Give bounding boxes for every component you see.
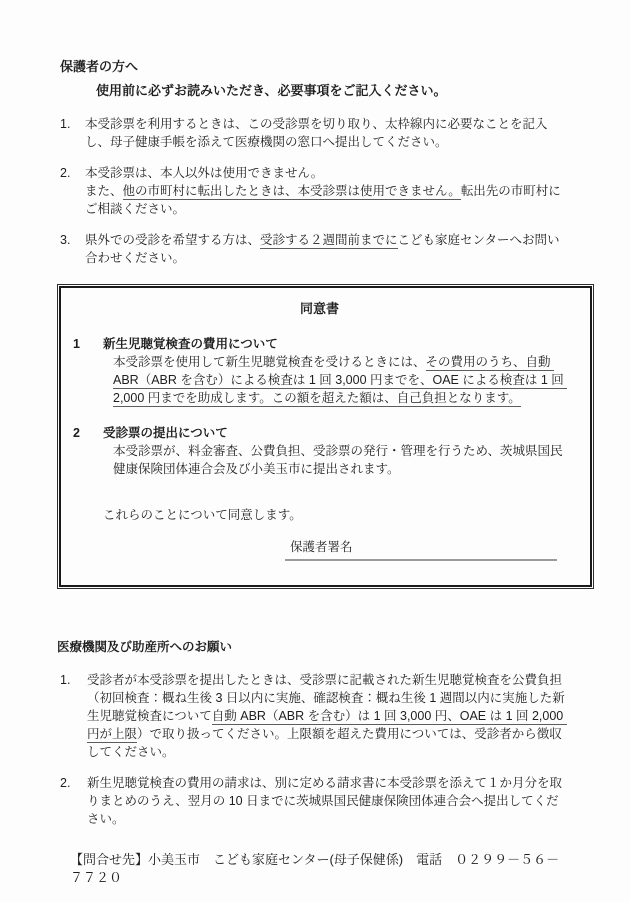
guardian-section-title: 保護者の方へ [60, 58, 568, 76]
section-paragraph: 本受診票を使用して新生児聴覚検査を受けるときには、その費用のうち、自動 ABR（… [113, 353, 570, 407]
section-heading: 受診票の提出について [103, 424, 570, 442]
note-number: 2. [60, 164, 85, 218]
note-text: 県外での受診を希望する方は、受診する２週間前までにこども家庭センターへお問い合わ… [85, 231, 568, 267]
section-content: 受診票の提出について 本受診票が、料金審査、公費負担、受診票の発行・管理を行うた… [103, 424, 570, 478]
note-text: 受診者が本受診票を提出したときは、受診票に記載された新生児聴覚検査を公費負担（初… [87, 671, 568, 761]
guardian-note-2: 2. 本受診票は、本人以外は使用できません。 また、他の市町村に転出したときは、… [60, 164, 568, 218]
contact-info-line: 【問合せ先】小美玉市 こども家庭センター(母子保健係) 電話 ０２９９－５６－７… [70, 851, 568, 887]
guardian-note-1: 1. 本受診票を利用するときは、この受診票を切り取り、太枠線内に必要なことを記入… [60, 115, 568, 151]
note-number: 2. [60, 774, 87, 828]
consent-form-box: 同意書 1 新生児聴覚検査の費用について 本受診票を使用して新生児聴覚検査を受け… [57, 284, 594, 589]
guardian-section-subtitle: 使用前に必ずお読みいただき、必要事項をご記入ください。 [96, 82, 568, 100]
section-heading: 新生児聴覚検査の費用について [103, 335, 570, 353]
section-number: 2 [69, 424, 103, 478]
note-number: 1. [60, 115, 85, 151]
agreement-statement: これらのことについて同意します。 [103, 506, 570, 524]
note-text: 本受診票を利用するときは、この受診票を切り取り、太枠線内に必要なことを記入し、母… [85, 115, 568, 151]
medical-note-2: 2. 新生児聴覚検査の費用の請求は、別に定める請求書に本受診票を添えて１か月分を… [60, 774, 568, 828]
medical-note-list: 1. 受診者が本受診票を提出したときは、受診票に記載された新生児聴覚検査を公費負… [60, 671, 568, 828]
consent-form-title: 同意書 [69, 300, 570, 318]
guardian-note-3: 3. 県外での受診を希望する方は、受診する２週間前までにこども家庭センターへお問… [60, 231, 568, 267]
signature-label: 保護者署名 [290, 540, 353, 554]
guardian-signature-line: 保護者署名 [285, 538, 557, 561]
section-content: 新生児聴覚検査の費用について 本受診票を使用して新生児聴覚検査を受けるときには、… [103, 335, 570, 407]
medical-note-1: 1. 受診者が本受診票を提出したときは、受診票に記載された新生児聴覚検査を公費負… [60, 671, 568, 761]
note-number: 3. [60, 231, 85, 267]
signature-row: 保護者署名 [285, 538, 570, 561]
note-text: 新生児聴覚検査の費用の請求は、別に定める請求書に本受診票を添えて１か月分を取りま… [87, 774, 568, 828]
document-page: 保護者の方へ 使用前に必ずお読みいただき、必要事項をご記入ください。 1. 本受… [0, 0, 630, 903]
consent-section-2: 2 受診票の提出について 本受診票が、料金審査、公費負担、受診票の発行・管理を行… [69, 424, 570, 478]
section-paragraph: 本受診票が、料金審査、公費負担、受診票の発行・管理を行うため、茨城県国民健康保険… [113, 442, 570, 478]
note-number: 1. [60, 671, 87, 761]
consent-form-inner-frame: 同意書 1 新生児聴覚検査の費用について 本受診票を使用して新生児聴覚検査を受け… [59, 286, 592, 587]
consent-section-1: 1 新生児聴覚検査の費用について 本受診票を使用して新生児聴覚検査を受けるときに… [69, 335, 570, 407]
guardian-note-list: 1. 本受診票を利用するときは、この受診票を切り取り、太枠線内に必要なことを記入… [60, 115, 568, 267]
medical-section-title: 医療機関及び助産所へのお願い [57, 638, 568, 656]
section-number: 1 [69, 335, 103, 407]
note-text: 本受診票は、本人以外は使用できません。 また、他の市町村に転出したときは、本受診… [85, 164, 568, 218]
